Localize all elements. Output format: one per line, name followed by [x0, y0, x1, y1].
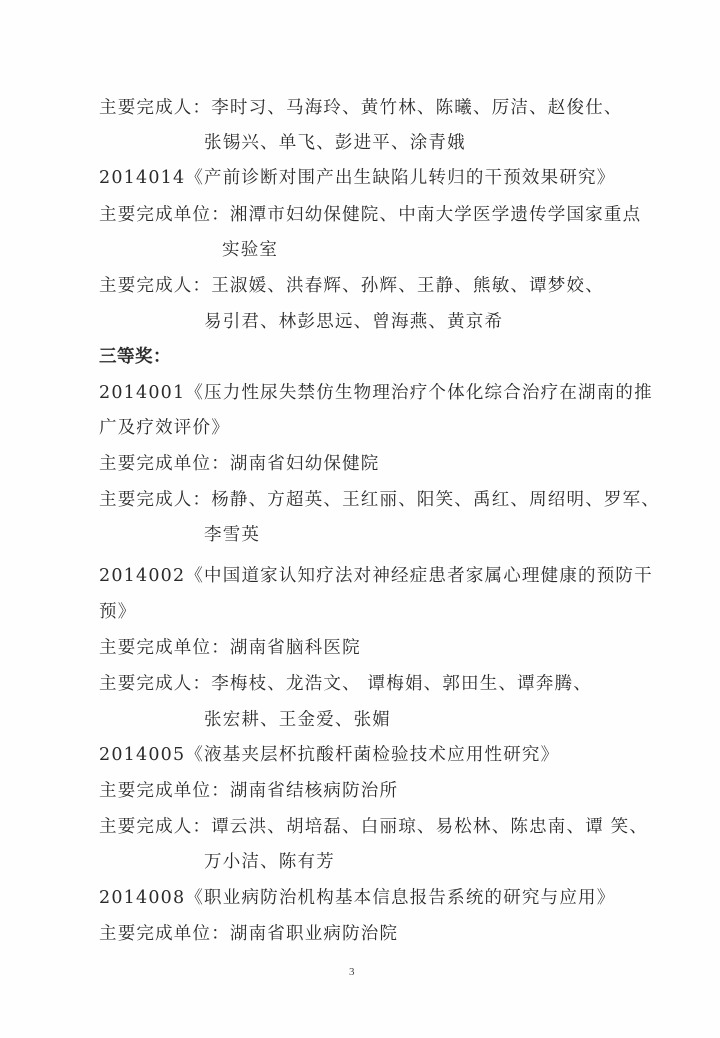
unit-line: 主要完成单位：湘潭市妇幼保健院、中南大学医学遗传学国家重点 [99, 203, 641, 227]
completers-continuation: 万小洁、陈有芳 [204, 850, 335, 874]
completers-line: 主要完成人：谭云洪、胡培磊、白丽琼、易松林、陈忠南、谭 笑、 [99, 815, 648, 839]
completers-line: 主要完成人：李梅枝、龙浩文、 谭梅娟、郭田生、谭奔腾、 [99, 672, 592, 696]
document-page: 主要完成人：李时习、马海玲、黄竹林、陈曦、厉洁、赵俊仕、 张锡兴、单飞、彭进平、… [0, 0, 720, 1038]
project-title: 2014008《职业病防治机构基本信息报告系统的研究与应用》 [99, 886, 615, 910]
unit-line: 主要完成单位：湖南省结核病防治所 [99, 779, 398, 803]
section-heading-third-prize: 三等奖： [99, 345, 171, 369]
unit-line: 主要完成单位：湖南省妇幼保健院 [99, 452, 380, 476]
unit-continuation: 实验室 [222, 238, 278, 262]
page-number: 3 [349, 966, 355, 978]
project-title: 2014002《中国道家认知疗法对神经症患者家属心理健康的预防干 [99, 564, 653, 588]
completers-continuation: 张锡兴、单飞、彭进平、涂青娥 [204, 131, 466, 155]
completers-continuation: 易引君、林彭思远、曾海燕、黄京希 [204, 310, 503, 334]
completers-continuation: 张宏耕、王金爱、张媚 [204, 708, 391, 732]
unit-line: 主要完成单位：湖南省脑科医院 [99, 636, 361, 660]
project-title-continuation: 广及疗效评价》 [99, 416, 230, 440]
completers-line: 主要完成人：杨静、方超英、王红丽、阳笑、禹红、周绍明、罗军、 [99, 488, 660, 512]
project-title: 2014001《压力性尿失禁仿生物理治疗个体化综合治疗在湖南的推 [99, 381, 653, 405]
unit-line: 主要完成单位：湖南省职业病防治院 [99, 922, 398, 946]
completers-line: 主要完成人：李时习、马海玲、黄竹林、陈曦、厉洁、赵俊仕、 [99, 96, 623, 120]
completers-line: 主要完成人：王淑媛、洪春辉、孙辉、王静、熊敏、谭梦姣、 [99, 274, 604, 298]
completers-continuation: 李雪英 [204, 523, 260, 547]
project-title: 2014005《液基夹层杯抗酸杆菌检验技术应用性研究》 [99, 743, 559, 767]
project-title-continuation: 预》 [99, 600, 136, 624]
project-title: 2014014《产前诊断对围产出生缺陷儿转归的干预效果研究》 [99, 166, 615, 190]
